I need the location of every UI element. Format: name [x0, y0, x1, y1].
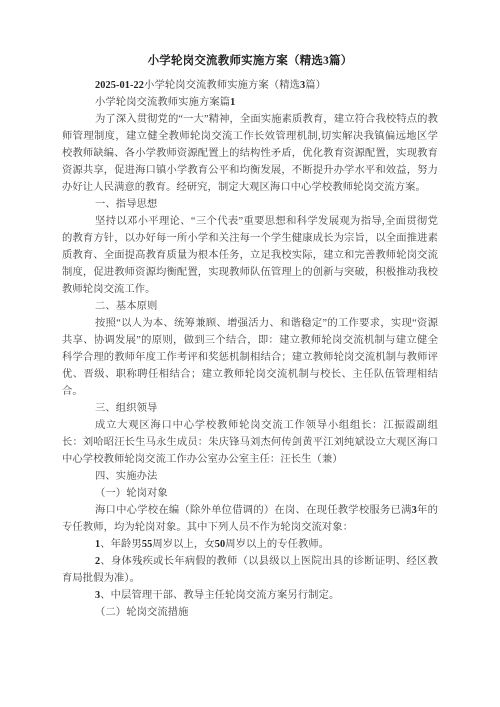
bold-number: 3 — [300, 80, 305, 91]
paragraph-heading: 四、实施办法 — [62, 468, 438, 485]
paragraph-body: 成立大观区海口中心学校教师轮岗交流工作领导小组组长：江振霞副组长：刘哈昭汪长生马… — [62, 417, 438, 468]
bold-number: 1 — [95, 539, 100, 550]
paragraph-body: 为了深入贯彻党的“一大”精神，全面实施素质教育，建立符合我校特点的教师管理制度，… — [62, 111, 438, 196]
bold-number: 55 — [142, 539, 153, 550]
paragraph-sub-heading: （一）轮岗对象 — [62, 485, 438, 502]
bold-number: 2 — [95, 556, 100, 567]
bold-number: 3 — [412, 505, 417, 516]
paragraph-body: 按照“以人为本、统筹兼顾、增强活力、和谐稳定”的工作要求，实现“资源共享、协调发… — [62, 315, 438, 400]
paragraph-sub-heading: （二）轮岗交流措施 — [62, 604, 438, 621]
paragraph-list-item: 3、中层管理干部、教导主任轮岗交流方案另行制定。 — [62, 587, 438, 604]
paragraph-heading: 一、指导思想 — [62, 196, 438, 213]
document-page: 小学轮岗交流教师实施方案（精选3篇） 2025-01-22小学轮岗交流教师实施方… — [0, 0, 500, 707]
document-body: 2025-01-22小学轮岗交流教师实施方案（精选3篇）小学轮岗交流教师实施方案… — [62, 77, 438, 621]
bold-number: 2025-01-22 — [95, 80, 144, 91]
bold-number: 3 — [95, 590, 100, 601]
document-title: 小学轮岗交流教师实施方案（精选3篇） — [62, 52, 438, 70]
paragraph-heading: 三、组织领导 — [62, 400, 438, 417]
bold-number: 1 — [230, 97, 235, 108]
paragraph-list-item: 2、身体残疾或长年病假的教师（以县级以上医院出具的诊断证明、经区教育局批假为准）… — [62, 553, 438, 587]
paragraph-body: 坚持以邓小平理论、“三个代表”重要思想和科学发展观为指导,全面贯彻党的教育方针，… — [62, 213, 438, 298]
paragraph-heading: 二、基本原则 — [62, 298, 438, 315]
paragraph-subtitle: 小学轮岗交流教师实施方案篇1 — [62, 94, 438, 111]
paragraph-meta-date-line: 2025-01-22小学轮岗交流教师实施方案（精选3篇） — [62, 77, 438, 94]
paragraph-list-item: 1、年龄男55周岁以上，女50周岁以上的专任教师。 — [62, 536, 438, 553]
bold-number: 50 — [215, 539, 226, 550]
paragraph-body: 海口中心学校在编（除外单位借调的）在岗、在现任教学校服务已满3年的专任教师，均为… — [62, 502, 438, 536]
